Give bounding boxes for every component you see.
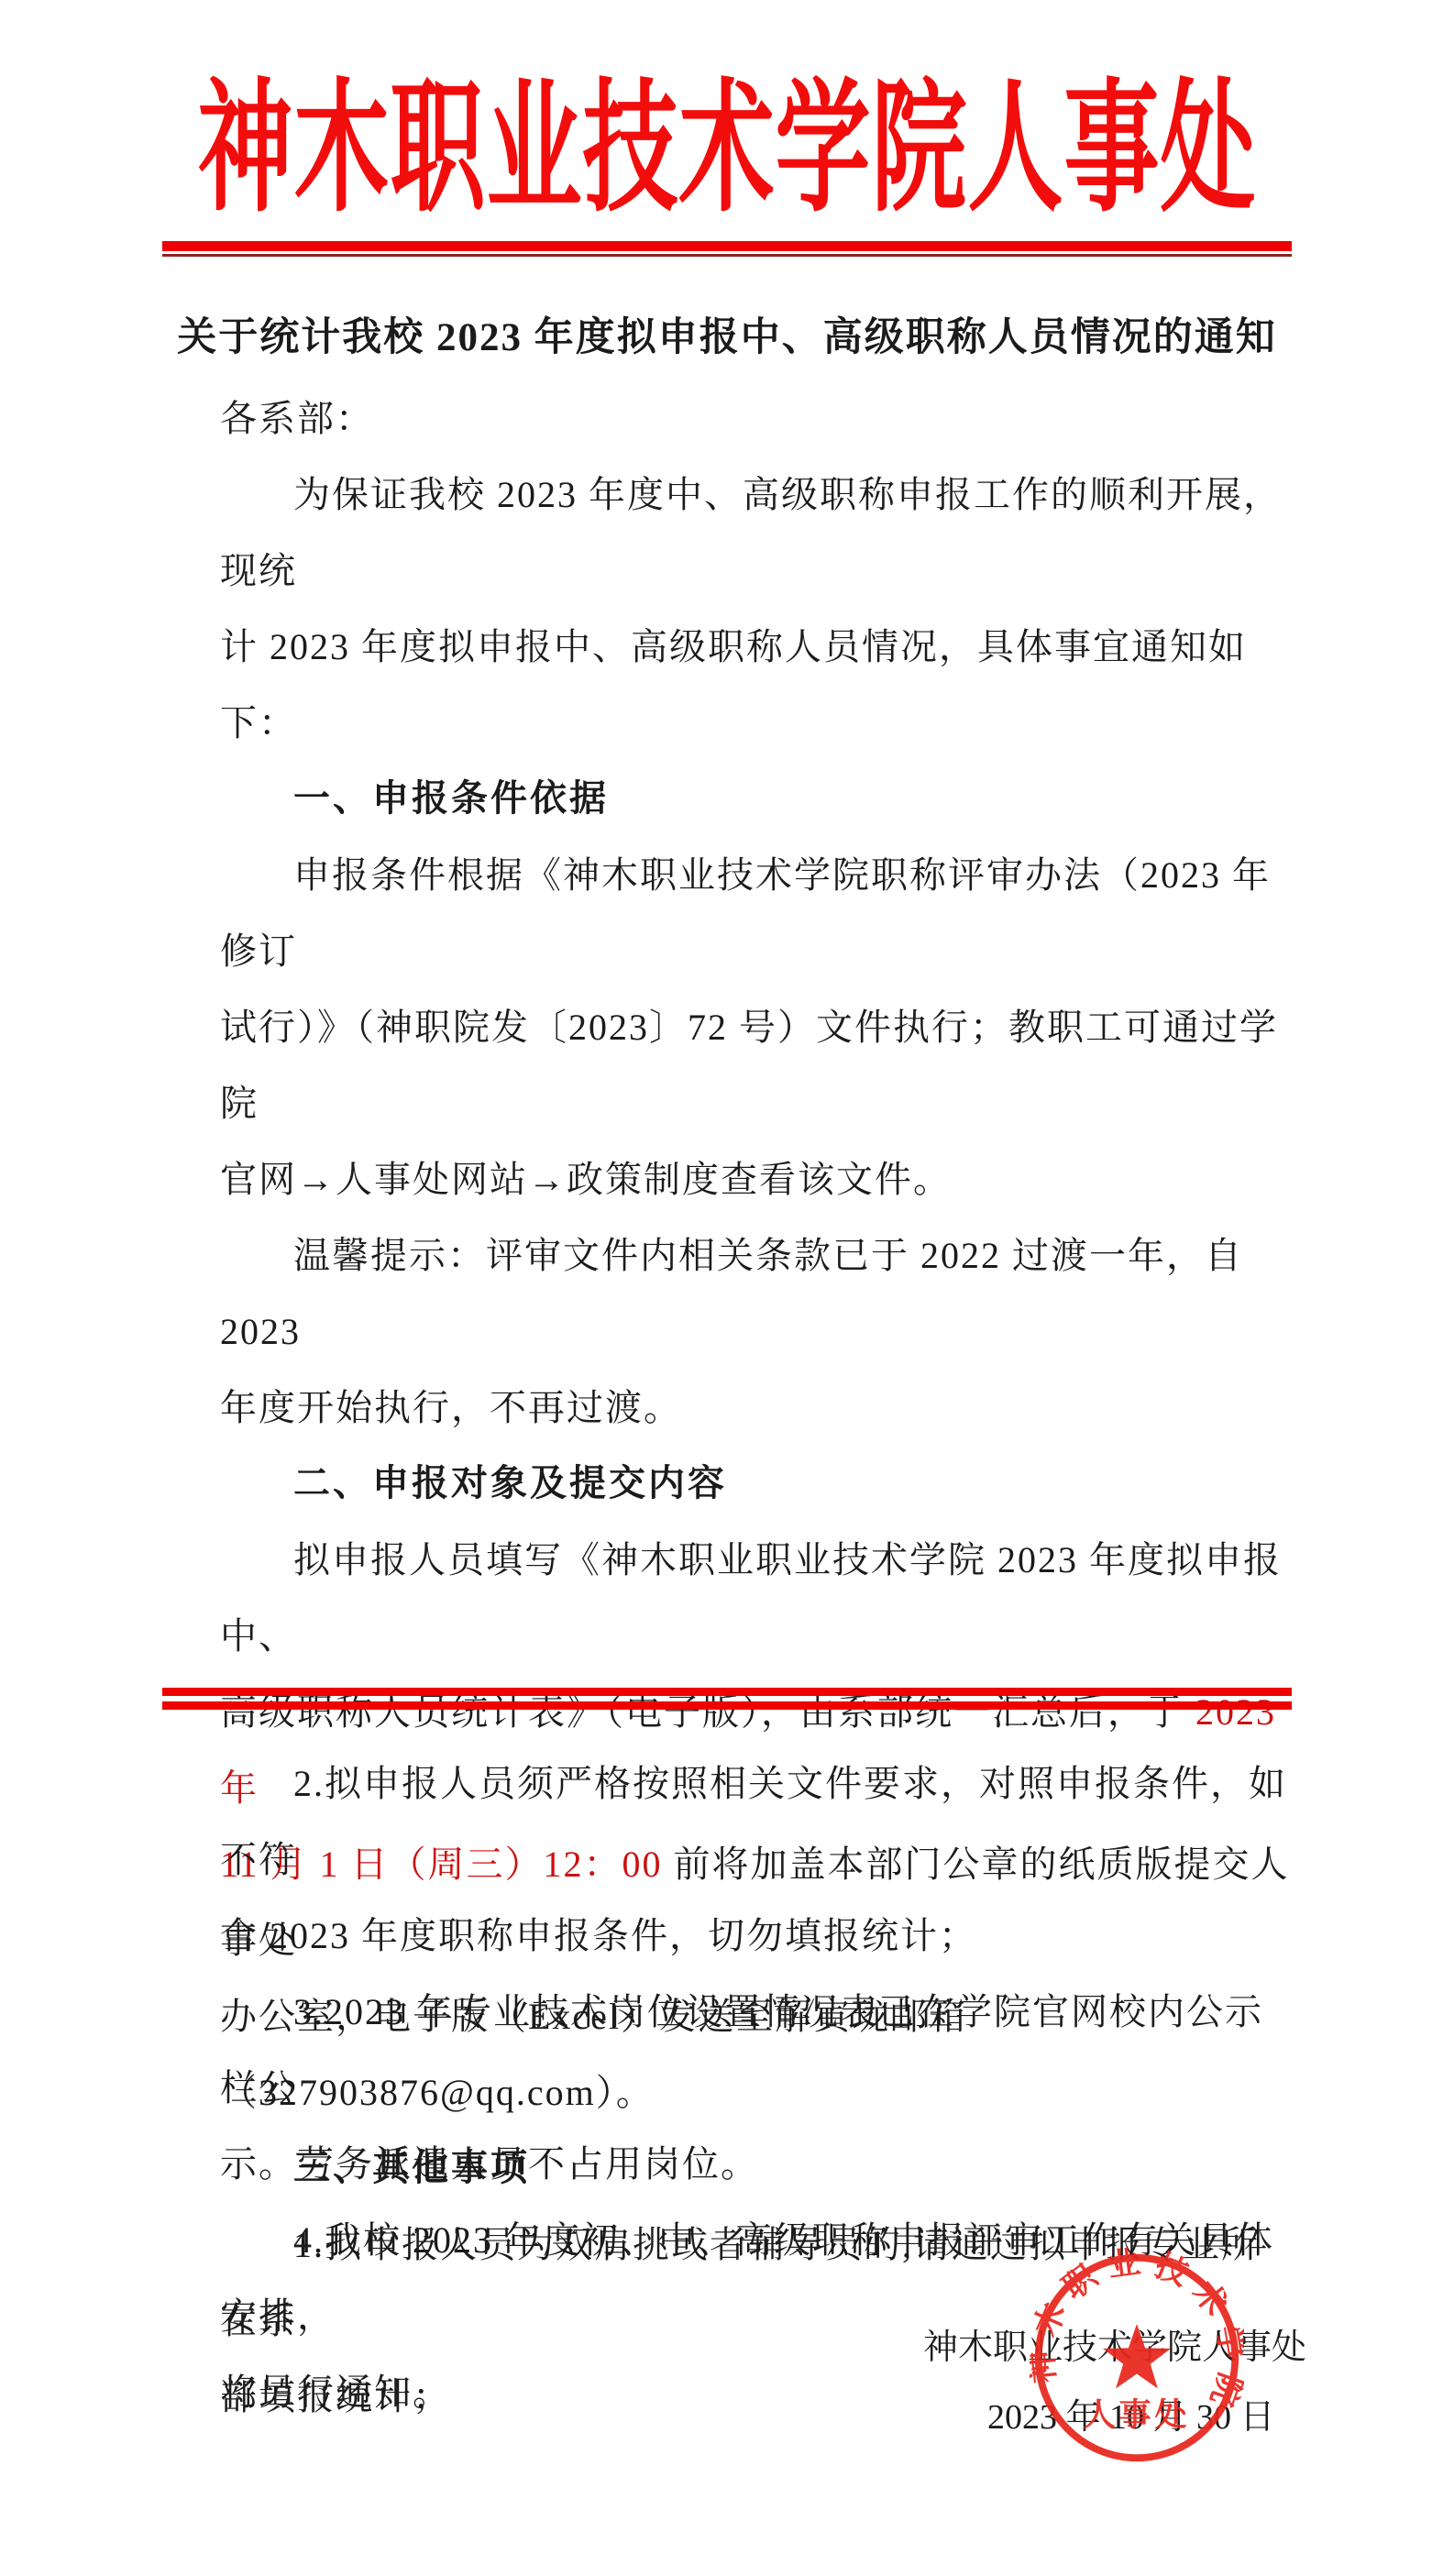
- letterhead-rule-thin: [162, 254, 1292, 257]
- stamp-center-label: 人事处: [1084, 2397, 1191, 2433]
- letterhead-banner: 神木职业技术学院人事处: [162, 42, 1292, 229]
- letterhead-rule-thick: [162, 241, 1292, 251]
- stamp-star-icon: [1103, 2324, 1171, 2389]
- section3-item-2: 2.拟申报人员须严格按照相关文件要求，对照申报条件，如不符 合 2023 年度职…: [220, 1745, 1293, 1974]
- section3-item-3: 3.2023 年专业技术岗位设置情况表已在学院官网校内公示栏公 示。劳务派遣人员…: [220, 1974, 1293, 2202]
- page-break-rule-upper: [162, 1688, 1292, 1696]
- letterhead-title: 神木职业技术学院人事处: [197, 33, 1256, 239]
- section1-heading: 一、申报条件依据: [220, 761, 1293, 837]
- section2-heading: 二、申报对象及提交内容: [220, 1446, 1293, 1522]
- official-stamp: 神木职业技术学院 人事处: [1030, 2248, 1244, 2468]
- document-title: 关于统计我校 2023 年度拟申报中、高级职称人员情况的通知: [162, 306, 1292, 362]
- intro-paragraph: 为保证我校 2023 年度中、高级职称申报工作的顺利开展，现统 计 2023 年…: [220, 457, 1293, 761]
- page-break-rule-lower: [162, 1701, 1292, 1710]
- salutation: 各系部：: [220, 380, 1293, 457]
- section1-paragraph-2: 温馨提示：评审文件内相关条款已于 2022 过渡一年，自 2023 年度开始执行…: [220, 1217, 1293, 1446]
- section1-paragraph-1: 申报条件根据《神木职业技术学院职称评审办法（2023 年修订 试行）》（神职院发…: [220, 837, 1293, 1217]
